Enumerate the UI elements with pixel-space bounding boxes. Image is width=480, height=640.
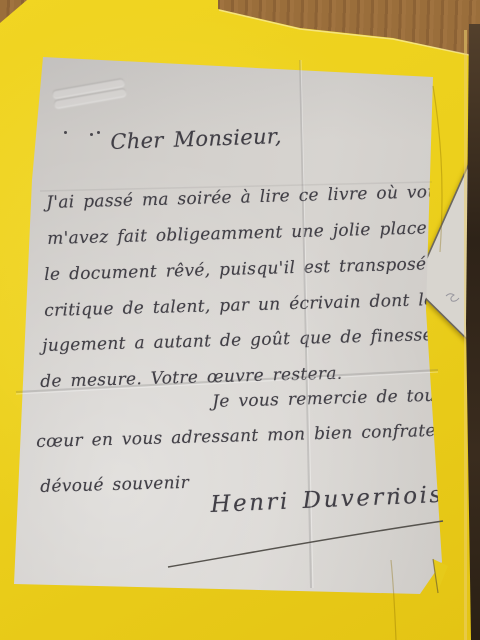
letter-line: jugement a autant de goût que de finesse… [42,324,459,356]
letter-paper: Cher Monsieur, J'ai passé ma soirée à li… [0,0,480,640]
letter-line: de mesure. Votre œuvre restera. [40,364,343,392]
letter-line: Je vous remercie de tout [212,386,443,412]
letter-line: m'avez fait obligeamment une jolie place… [47,217,480,249]
ink-specks [64,131,104,141]
letter-line: J'ai passé ma soirée à lire ce livre où … [46,182,448,213]
letter-salutation: Cher Monsieur, [110,124,282,154]
photo-of-handwritten-letter: Cher Monsieur, J'ai passé ma soirée à li… [0,0,480,640]
letter-line: cœur en vous adressant mon bien confrate… [36,419,480,452]
letter-line: dévoué souvenir [40,473,189,497]
signature: Henri Duvernois [210,482,444,518]
letter-line: critique de talent, par un écrivain dont… [44,290,435,321]
embossed-letterhead-stamp [52,76,128,118]
letter-line: le document rêvé, puisqu'il est transpos… [44,252,480,285]
